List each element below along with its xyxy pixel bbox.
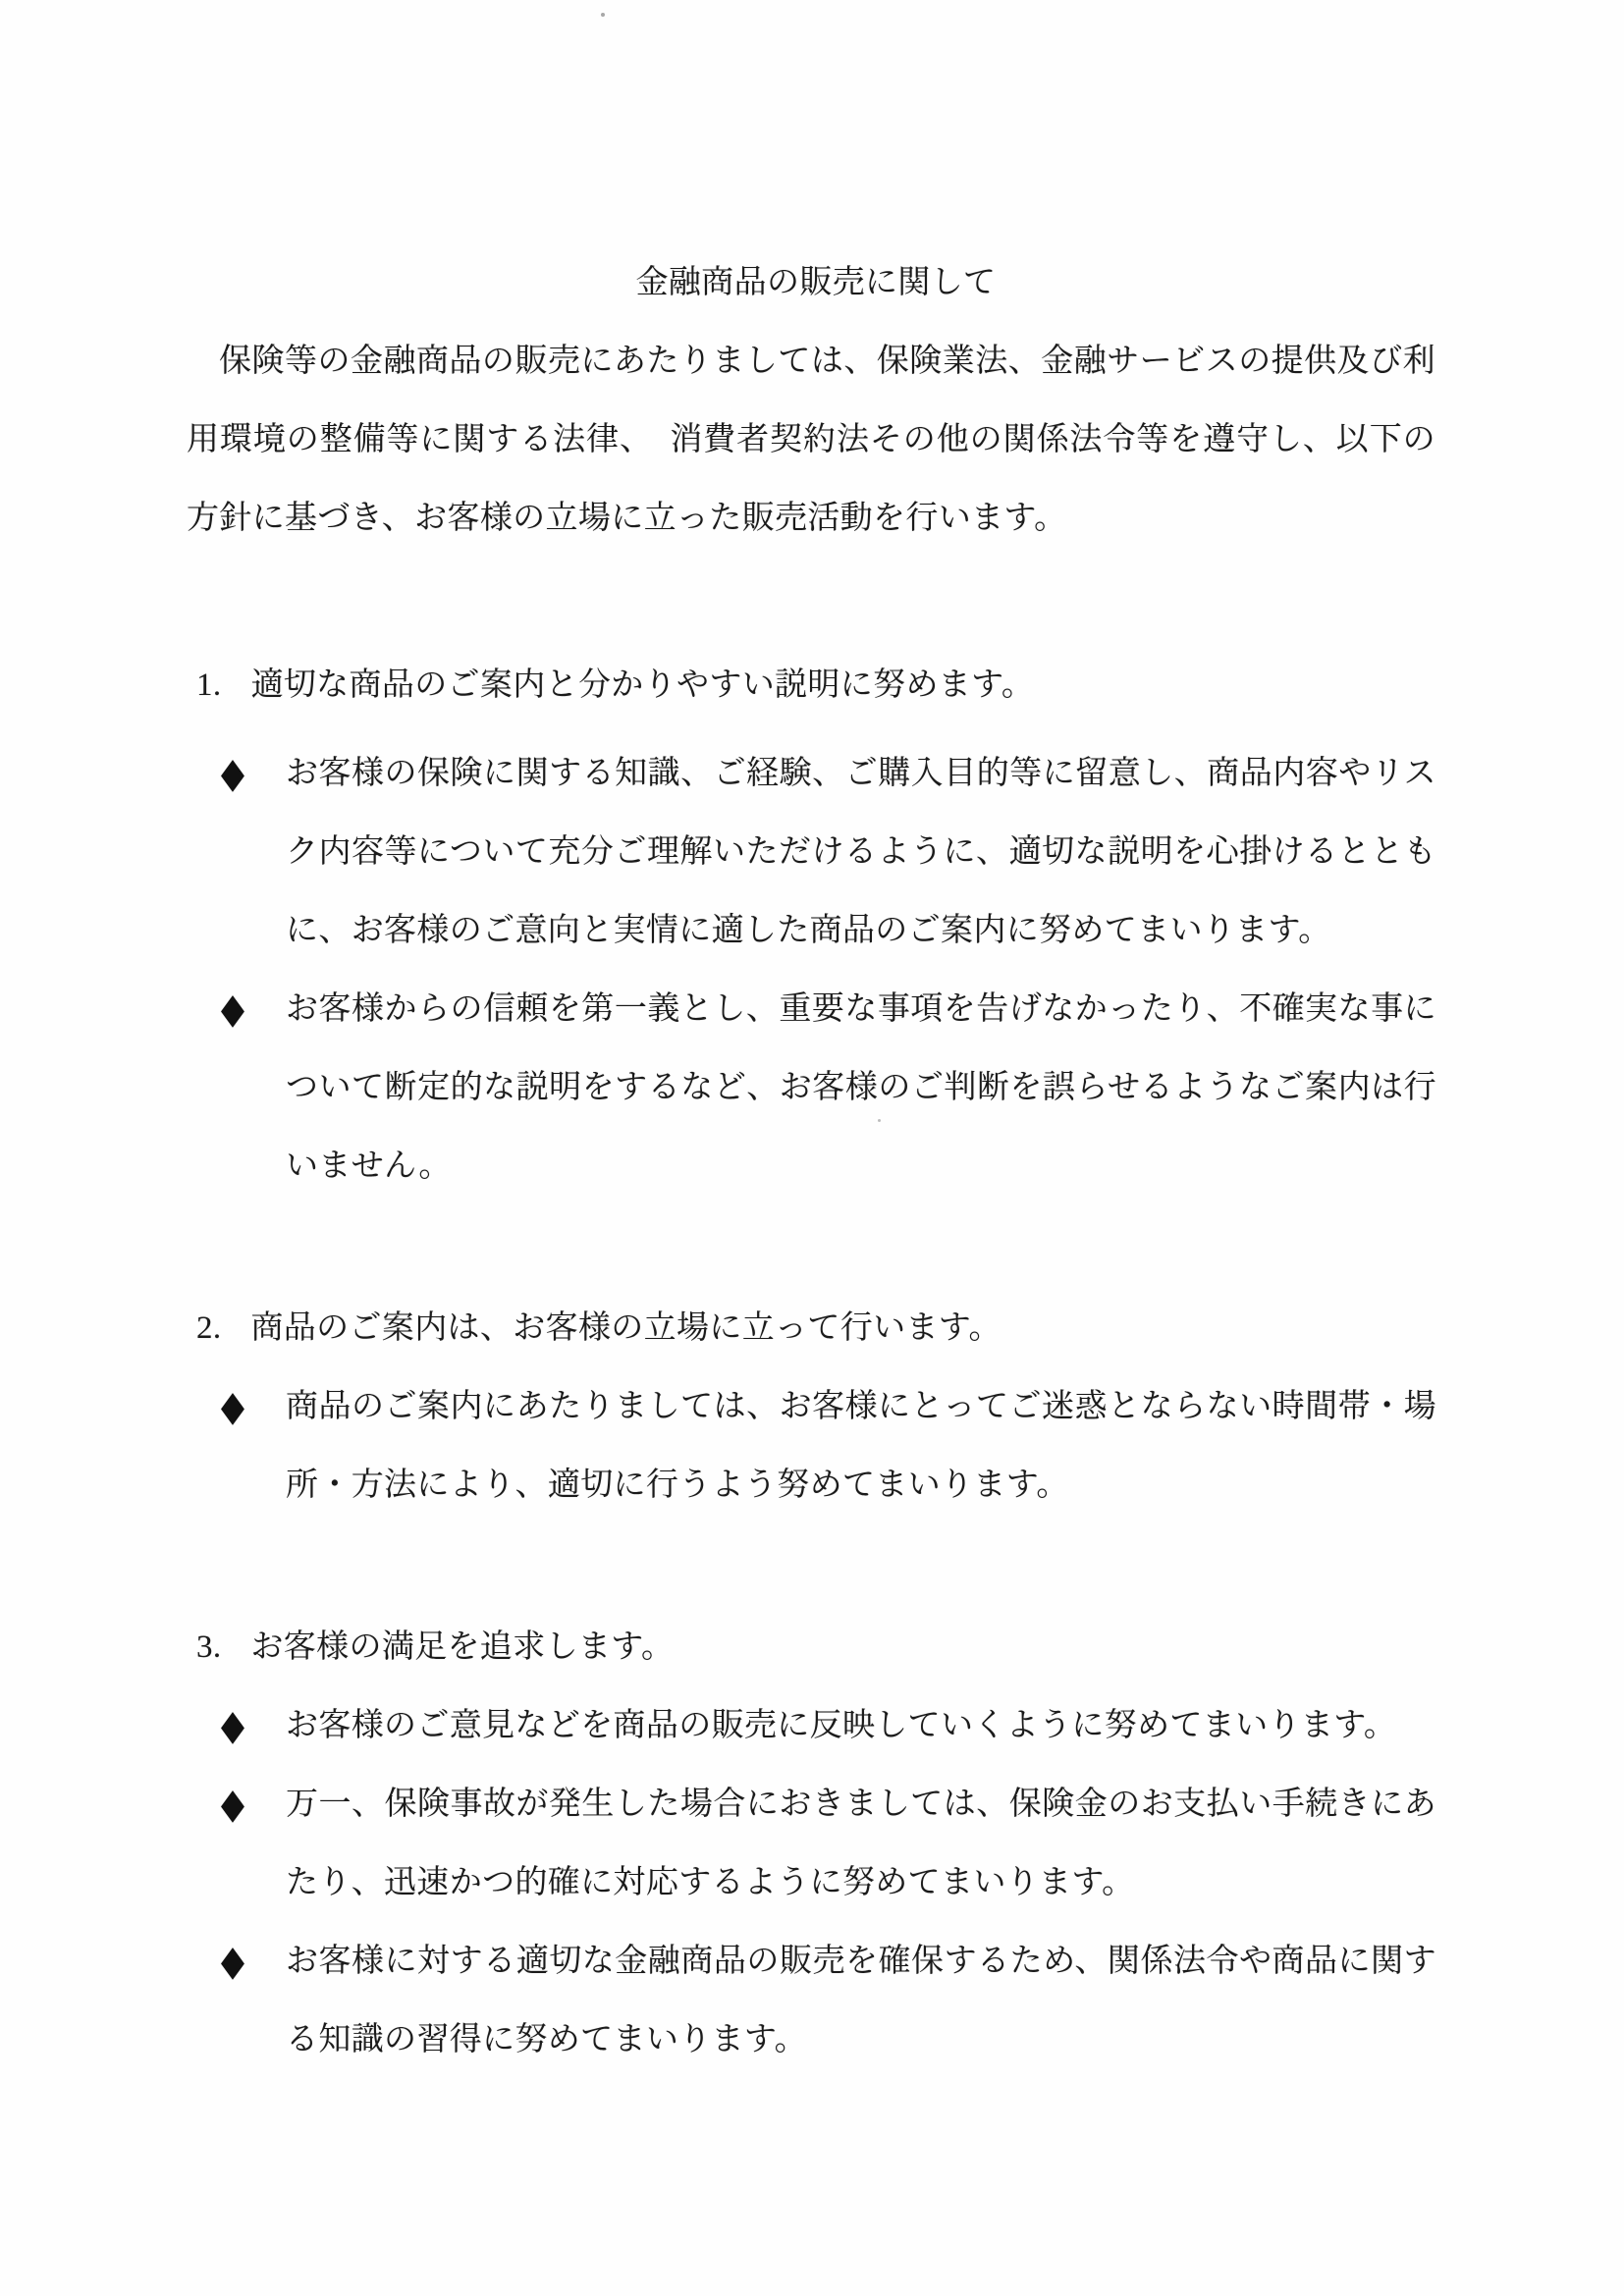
diamond-bullet-icon: ◆ (221, 1760, 274, 1848)
diamond-bullet-icon: ◆ (221, 1682, 274, 1770)
section-1: 1.適切な商品のご案内と分かりやすい説明に努めます。 ◆ お客様の保険に関する知… (187, 646, 1445, 1205)
section-2: 2.商品のご案内は、お客様の立場に立って行います。 ◆ 商品のご案内にあたりまし… (187, 1289, 1445, 1524)
diamond-bullet-icon: ◆ (221, 729, 274, 818)
document-title: 金融商品の販売に関して (187, 243, 1445, 322)
bullet-text: お客様からの信頼を第一義とし、重要な事項を告げなかったり、不確実な事について断定… (286, 970, 1436, 1205)
diamond-bullet-icon: ◆ (221, 1362, 274, 1451)
policy-bullet: ◆ お客様からの信頼を第一義とし、重要な事項を告げなかったり、不確実な事について… (187, 970, 1445, 1205)
bullet-text: お客様の保険に関する知識、ご経験、ご購入目的等に留意し、商品内容やリスク内容等に… (286, 734, 1436, 970)
section-2-bullets: ◆ 商品のご案内にあたりましては、お客様にとってご迷惑とならない時間帯・場所・方… (187, 1367, 1445, 1524)
section-1-heading-text: 適切な商品のご案内と分かりやすい説明に努めます。 (250, 667, 1034, 703)
policy-bullet: ◆ 商品のご案内にあたりましては、お客様にとってご迷惑とならない時間帯・場所・方… (187, 1367, 1445, 1524)
bullet-text: お客様に対する適切な金融商品の販売を確保するため、関係法令や商品に関する知識の習… (286, 1922, 1436, 2079)
section-3: 3.お客様の満足を追求します。 ◆ お客様のご意見などを商品の販売に反映していく… (187, 1608, 1445, 2079)
section-2-heading: 2.商品のご案内は、お客様の立場に立って行います。 (187, 1289, 1445, 1367)
diamond-bullet-icon: ◆ (221, 1917, 274, 2005)
diamond-bullet-icon: ◆ (221, 965, 274, 1053)
bullet-text: 商品のご案内にあたりましては、お客様にとってご迷惑とならない時間帯・場所・方法に… (286, 1367, 1436, 1524)
document-page: 金融商品の販売に関して 保険等の金融商品の販売にあたりましては、保険業法、金融サ… (0, 0, 1624, 2296)
policy-bullet: ◆ お客様のご意見などを商品の販売に反映していくように努めてまいります。 (187, 1686, 1445, 1765)
section-2-number: 2. (196, 1289, 221, 1367)
section-3-number: 3. (196, 1608, 221, 1686)
section-3-heading: 3.お客様の満足を追求します。 (187, 1608, 1445, 1686)
section-1-bullets: ◆ お客様の保険に関する知識、ご経験、ご購入目的等に留意し、商品内容やリスク内容… (187, 734, 1445, 1205)
document-content: 金融商品の販売に関して 保険等の金融商品の販売にあたりましては、保険業法、金融サ… (187, 243, 1445, 2079)
section-2-heading-text: 商品のご案内は、お客様の立場に立って行います。 (250, 1310, 1001, 1346)
bullet-text: お客様のご意見などを商品の販売に反映していくように努めてまいります。 (286, 1686, 1436, 1765)
section-1-heading: 1.適切な商品のご案内と分かりやすい説明に努めます。 (187, 646, 1445, 724)
policy-bullet: ◆ 万一、保険事故が発生した場合におきましては、保険金のお支払い手続きにあたり、… (187, 1765, 1445, 1922)
section-3-bullets: ◆ お客様のご意見などを商品の販売に反映していくように努めてまいります。 ◆ 万… (187, 1686, 1445, 2079)
bullet-text: 万一、保険事故が発生した場合におきましては、保険金のお支払い手続きにあたり、迅速… (286, 1765, 1436, 1922)
intro-paragraph: 保険等の金融商品の販売にあたりましては、保険業法、金融サービスの提供及び利用環境… (187, 322, 1435, 558)
section-1-number: 1. (196, 646, 221, 724)
section-3-heading-text: お客様の満足を追求します。 (250, 1629, 674, 1665)
scan-speck (601, 13, 605, 17)
policy-bullet: ◆ お客様に対する適切な金融商品の販売を確保するため、関係法令や商品に関する知識… (187, 1922, 1445, 2079)
policy-bullet: ◆ お客様の保険に関する知識、ご経験、ご購入目的等に留意し、商品内容やリスク内容… (187, 734, 1445, 970)
